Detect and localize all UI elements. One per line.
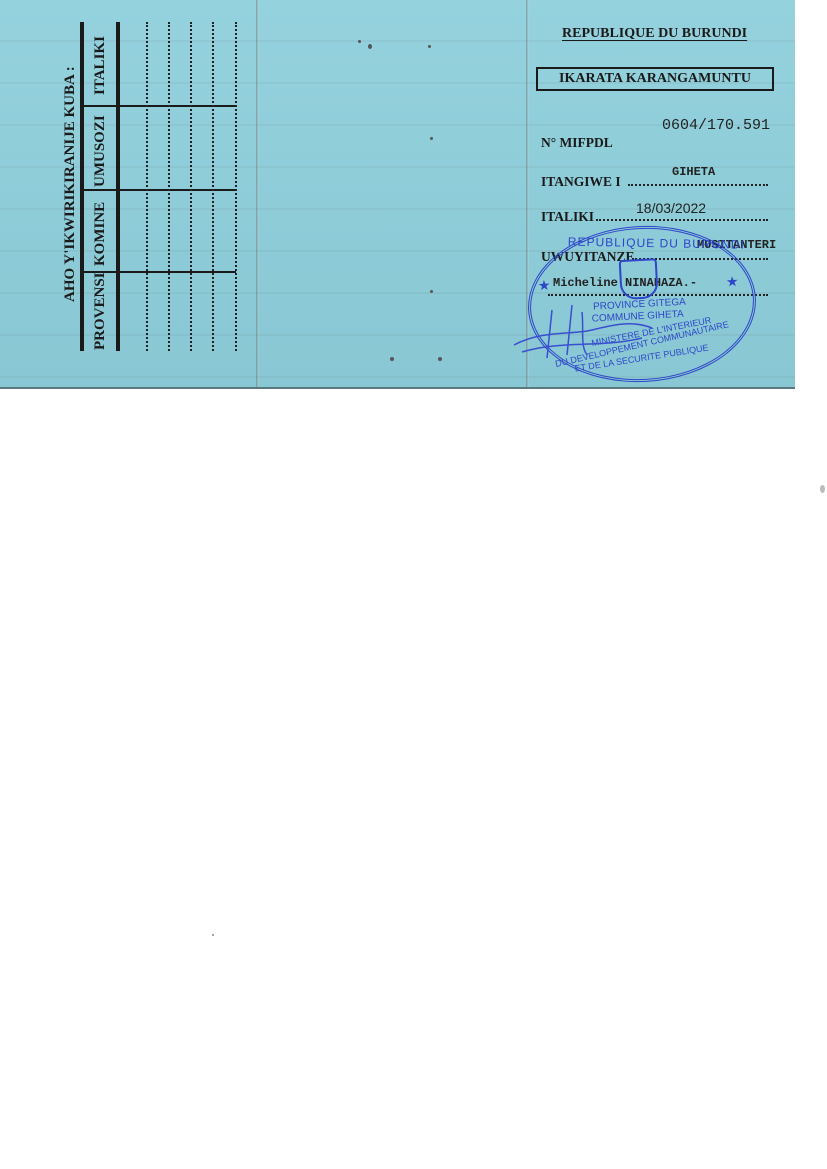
table-row-line bbox=[190, 22, 192, 351]
table-border bbox=[80, 22, 84, 351]
speck bbox=[368, 44, 372, 49]
speck bbox=[358, 40, 361, 43]
scan-speck bbox=[212, 934, 214, 936]
speck bbox=[430, 137, 433, 140]
issued-at-label: ITANGIWE I bbox=[541, 174, 621, 190]
card-title: IKARATA KARANGAMUNTU bbox=[536, 67, 774, 91]
speck bbox=[438, 357, 442, 361]
table-row-line bbox=[235, 22, 237, 351]
coat-of-arms-icon bbox=[619, 258, 659, 300]
speck bbox=[428, 45, 431, 48]
speck bbox=[390, 357, 394, 361]
date-label: ITALIKI bbox=[541, 209, 594, 225]
table-row-line bbox=[212, 22, 214, 351]
table-row-line bbox=[168, 22, 170, 351]
number-value: 0604/170.591 bbox=[662, 117, 770, 134]
speck bbox=[430, 290, 433, 293]
column-header-italiki: ITALIKI bbox=[92, 36, 109, 95]
scan-speck bbox=[820, 485, 825, 493]
column-header-umusozi: UMUSOZI bbox=[92, 115, 109, 187]
issued-at-value: GIHETA bbox=[672, 165, 715, 179]
column-header-komine: KOMINE bbox=[92, 202, 109, 266]
dotted-line bbox=[596, 219, 768, 221]
address-history-panel: AHO Y'IKWIRIKIRANIJE KUBA : PROVENSI KOM… bbox=[0, 0, 258, 387]
table-row-line bbox=[146, 22, 148, 351]
table-border bbox=[116, 22, 120, 351]
star-icon: ★ bbox=[538, 278, 551, 296]
stamp-top-text: REPUBLIQUE DU BURUNDI bbox=[568, 235, 745, 252]
id-card: AHO Y'IKWIRIKIRANIJE KUBA : PROVENSI KOM… bbox=[0, 0, 795, 389]
number-label: N° MIFPDL bbox=[541, 135, 613, 151]
dotted-line bbox=[628, 184, 768, 186]
date-value: 18/03/2022 bbox=[636, 200, 706, 216]
blank-panel bbox=[258, 0, 528, 387]
country-title: REPUBLIQUE DU BURUNDI bbox=[562, 26, 747, 42]
address-history-heading: AHO Y'IKWIRIKIRANIJE KUBA : bbox=[62, 66, 79, 302]
signature bbox=[512, 300, 662, 360]
star-icon: ★ bbox=[726, 274, 739, 292]
column-header-provensi: PROVENSI bbox=[92, 272, 109, 350]
